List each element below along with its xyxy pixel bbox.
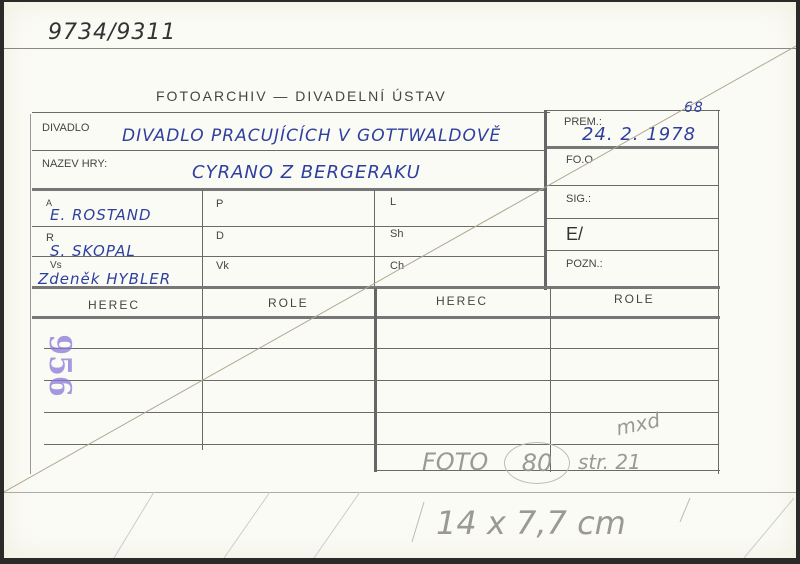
foto-label: FO.O	[566, 154, 593, 166]
cast-header-herec-1: HEREC	[88, 298, 140, 312]
top-fold-line	[4, 48, 796, 49]
divider	[32, 188, 544, 191]
divider	[32, 112, 550, 113]
divider	[547, 185, 719, 186]
divider	[202, 290, 203, 450]
pencil-size: 14 x 7,7 cm	[436, 504, 626, 542]
card-header: FOTOARCHIV — DIVADELNÍ ÚSTAV	[156, 88, 447, 104]
pencil-page: str. 21	[578, 450, 641, 474]
cast-header-role-2: ROLE	[614, 292, 655, 306]
prem-value: 24. 2. 1978	[582, 124, 696, 145]
divider	[32, 226, 544, 227]
pencil-foto: FOTO	[422, 448, 488, 476]
table-row	[44, 444, 718, 445]
nazev-hry-label: NAZEV HRY:	[42, 158, 107, 170]
d-label: D	[216, 230, 224, 242]
a-value: E. ROSTAND	[50, 206, 152, 224]
cast-header-herec-2: HEREC	[436, 294, 488, 308]
pozn-label: POZN.:	[566, 258, 603, 270]
table-row	[44, 380, 718, 381]
l-label: L	[390, 196, 396, 208]
archive-card: 9734/9311 FOTOARCHIV — DIVADELNÍ ÚSTAV D…	[4, 2, 796, 558]
divider	[32, 256, 544, 257]
divider	[32, 150, 544, 151]
pencil-foto-count: 80	[504, 442, 570, 484]
sh-label: Sh	[390, 228, 403, 240]
inventory-stamp: 956	[42, 334, 77, 397]
divider	[547, 218, 719, 219]
inventory-number: 9734/9311	[48, 20, 176, 45]
p-label: P	[216, 198, 223, 210]
e-label: E/	[566, 224, 583, 245]
divider	[374, 190, 375, 294]
divider	[547, 250, 719, 251]
divider	[544, 110, 547, 290]
table-row	[44, 412, 718, 413]
divadlo-label: DIVADLO	[42, 122, 89, 134]
divider	[202, 190, 203, 294]
prem-note: 68	[684, 100, 704, 116]
divadlo-value: DIVADLO PRACUJÍCÍCH V GOTTWALDOVĚ	[122, 126, 501, 146]
ch-label: Ch	[390, 260, 404, 272]
divider	[718, 110, 719, 474]
bottom-fold-line	[4, 492, 796, 493]
sig-label: SIG.:	[566, 193, 591, 205]
divider	[30, 114, 31, 474]
cast-header-role-1: ROLE	[268, 296, 309, 310]
vk-label: Vk	[216, 260, 229, 272]
r-value: S. SKOPAL	[50, 242, 136, 260]
divider	[547, 146, 719, 149]
table-row	[44, 348, 718, 349]
nazev-hry-value: CYRANO Z BERGERAKU	[192, 162, 421, 183]
